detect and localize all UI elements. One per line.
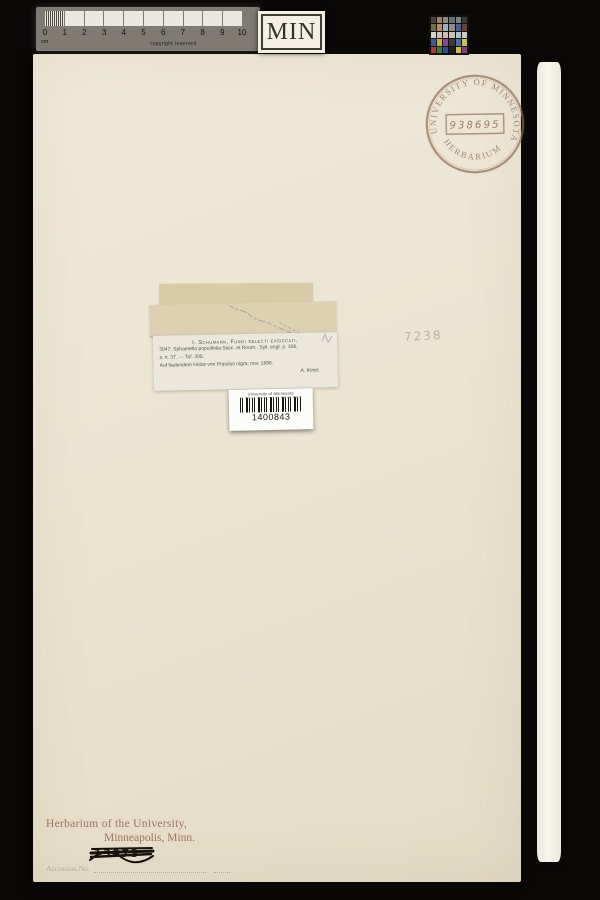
color-chip [437, 17, 442, 23]
color-chip [443, 17, 448, 23]
color-chip [462, 47, 467, 53]
crossed-out-number: 13073 [94, 847, 140, 860]
color-chip [449, 24, 454, 30]
accession-dotted-line-short [214, 866, 230, 873]
color-chip [449, 47, 454, 53]
color-chip [431, 32, 436, 38]
exsiccati-label: I. Schumann, Fungi selecti exsiccati. 30… [153, 332, 338, 391]
color-chip [443, 47, 448, 53]
color-chip [449, 32, 454, 38]
ruler-unit-label: cm [41, 39, 48, 45]
ruler-number: 8 [200, 28, 204, 37]
ruler-number: 7 [181, 28, 185, 37]
ruler-copyright-text: copyright reserved [150, 41, 197, 47]
footer-imprint: Herbarium of the University, Minneapolis… [46, 818, 286, 873]
ruler-number: 9 [220, 28, 224, 37]
color-chip [456, 32, 461, 38]
herbarium-code-text: MIN [261, 14, 322, 50]
color-chip [431, 17, 436, 23]
accession-dotted-line [94, 866, 206, 873]
svg-text:HERBARIUM: HERBARIUM [440, 136, 504, 164]
stamp-handwritten-number: 938695 [449, 120, 500, 132]
color-chip [443, 24, 448, 30]
color-chip [456, 47, 461, 53]
ink-scribble [88, 844, 156, 864]
adjacent-sheet-edge [537, 62, 561, 862]
barcode-number: 1400843 [229, 411, 313, 424]
packet-body [149, 301, 337, 337]
color-chip [449, 17, 454, 23]
accession-label: Accession No. [46, 864, 90, 873]
color-chip [449, 39, 454, 45]
color-chip [437, 24, 442, 30]
color-chip [431, 24, 436, 30]
ruler-number: 5 [141, 28, 145, 37]
label-ink-mark [321, 333, 333, 343]
herbarium-code-tag: MIN [258, 11, 325, 53]
color-chip [456, 39, 461, 45]
specimen-packet: I. Schumann, Fungi selecti exsiccati. 30… [149, 279, 341, 395]
color-chip [462, 24, 467, 30]
stamp-bottom-text: HERBARIUM [440, 136, 504, 164]
color-chip [456, 24, 461, 30]
color-chip [437, 32, 442, 38]
ruler-number: 0 [43, 28, 47, 37]
ruler-number: 3 [102, 28, 106, 37]
color-chip [431, 39, 436, 45]
color-chip [431, 47, 436, 53]
footer-line-1: Herbarium of the University, [46, 818, 286, 830]
color-chip [443, 39, 448, 45]
ruler-number: 2 [82, 28, 86, 37]
barcode-sticker: University of Minnesota 1400843 [229, 388, 314, 431]
herbarium-stamp: UNIVERSITY OF MINNESOTA HERBARIUM 938695 [419, 68, 531, 180]
color-chip [462, 39, 467, 45]
color-chip [443, 32, 448, 38]
ruler-number: 6 [161, 28, 165, 37]
pencil-number: 7238 [404, 328, 443, 344]
scale-ruler: 012345678910 cm copyright reserved [36, 7, 260, 51]
accession-row: Accession No. [46, 864, 286, 873]
color-chip [462, 17, 467, 23]
ruler-number: 1 [62, 28, 66, 37]
ruler-number: 4 [122, 28, 126, 37]
color-chip [437, 47, 442, 53]
footer-line-2: Minneapolis, Minn. [104, 832, 286, 844]
color-calibration-chart [429, 15, 469, 55]
ruler-numbers: 012345678910 [36, 7, 260, 51]
barcode [240, 396, 302, 412]
color-chip [437, 39, 442, 45]
ruler-number: 10 [238, 28, 247, 37]
specimen-photo: 012345678910 cm copyright reserved MIN U… [0, 0, 600, 900]
herbarium-sheet [33, 54, 521, 882]
color-chip [456, 17, 461, 23]
color-chip [462, 32, 467, 38]
